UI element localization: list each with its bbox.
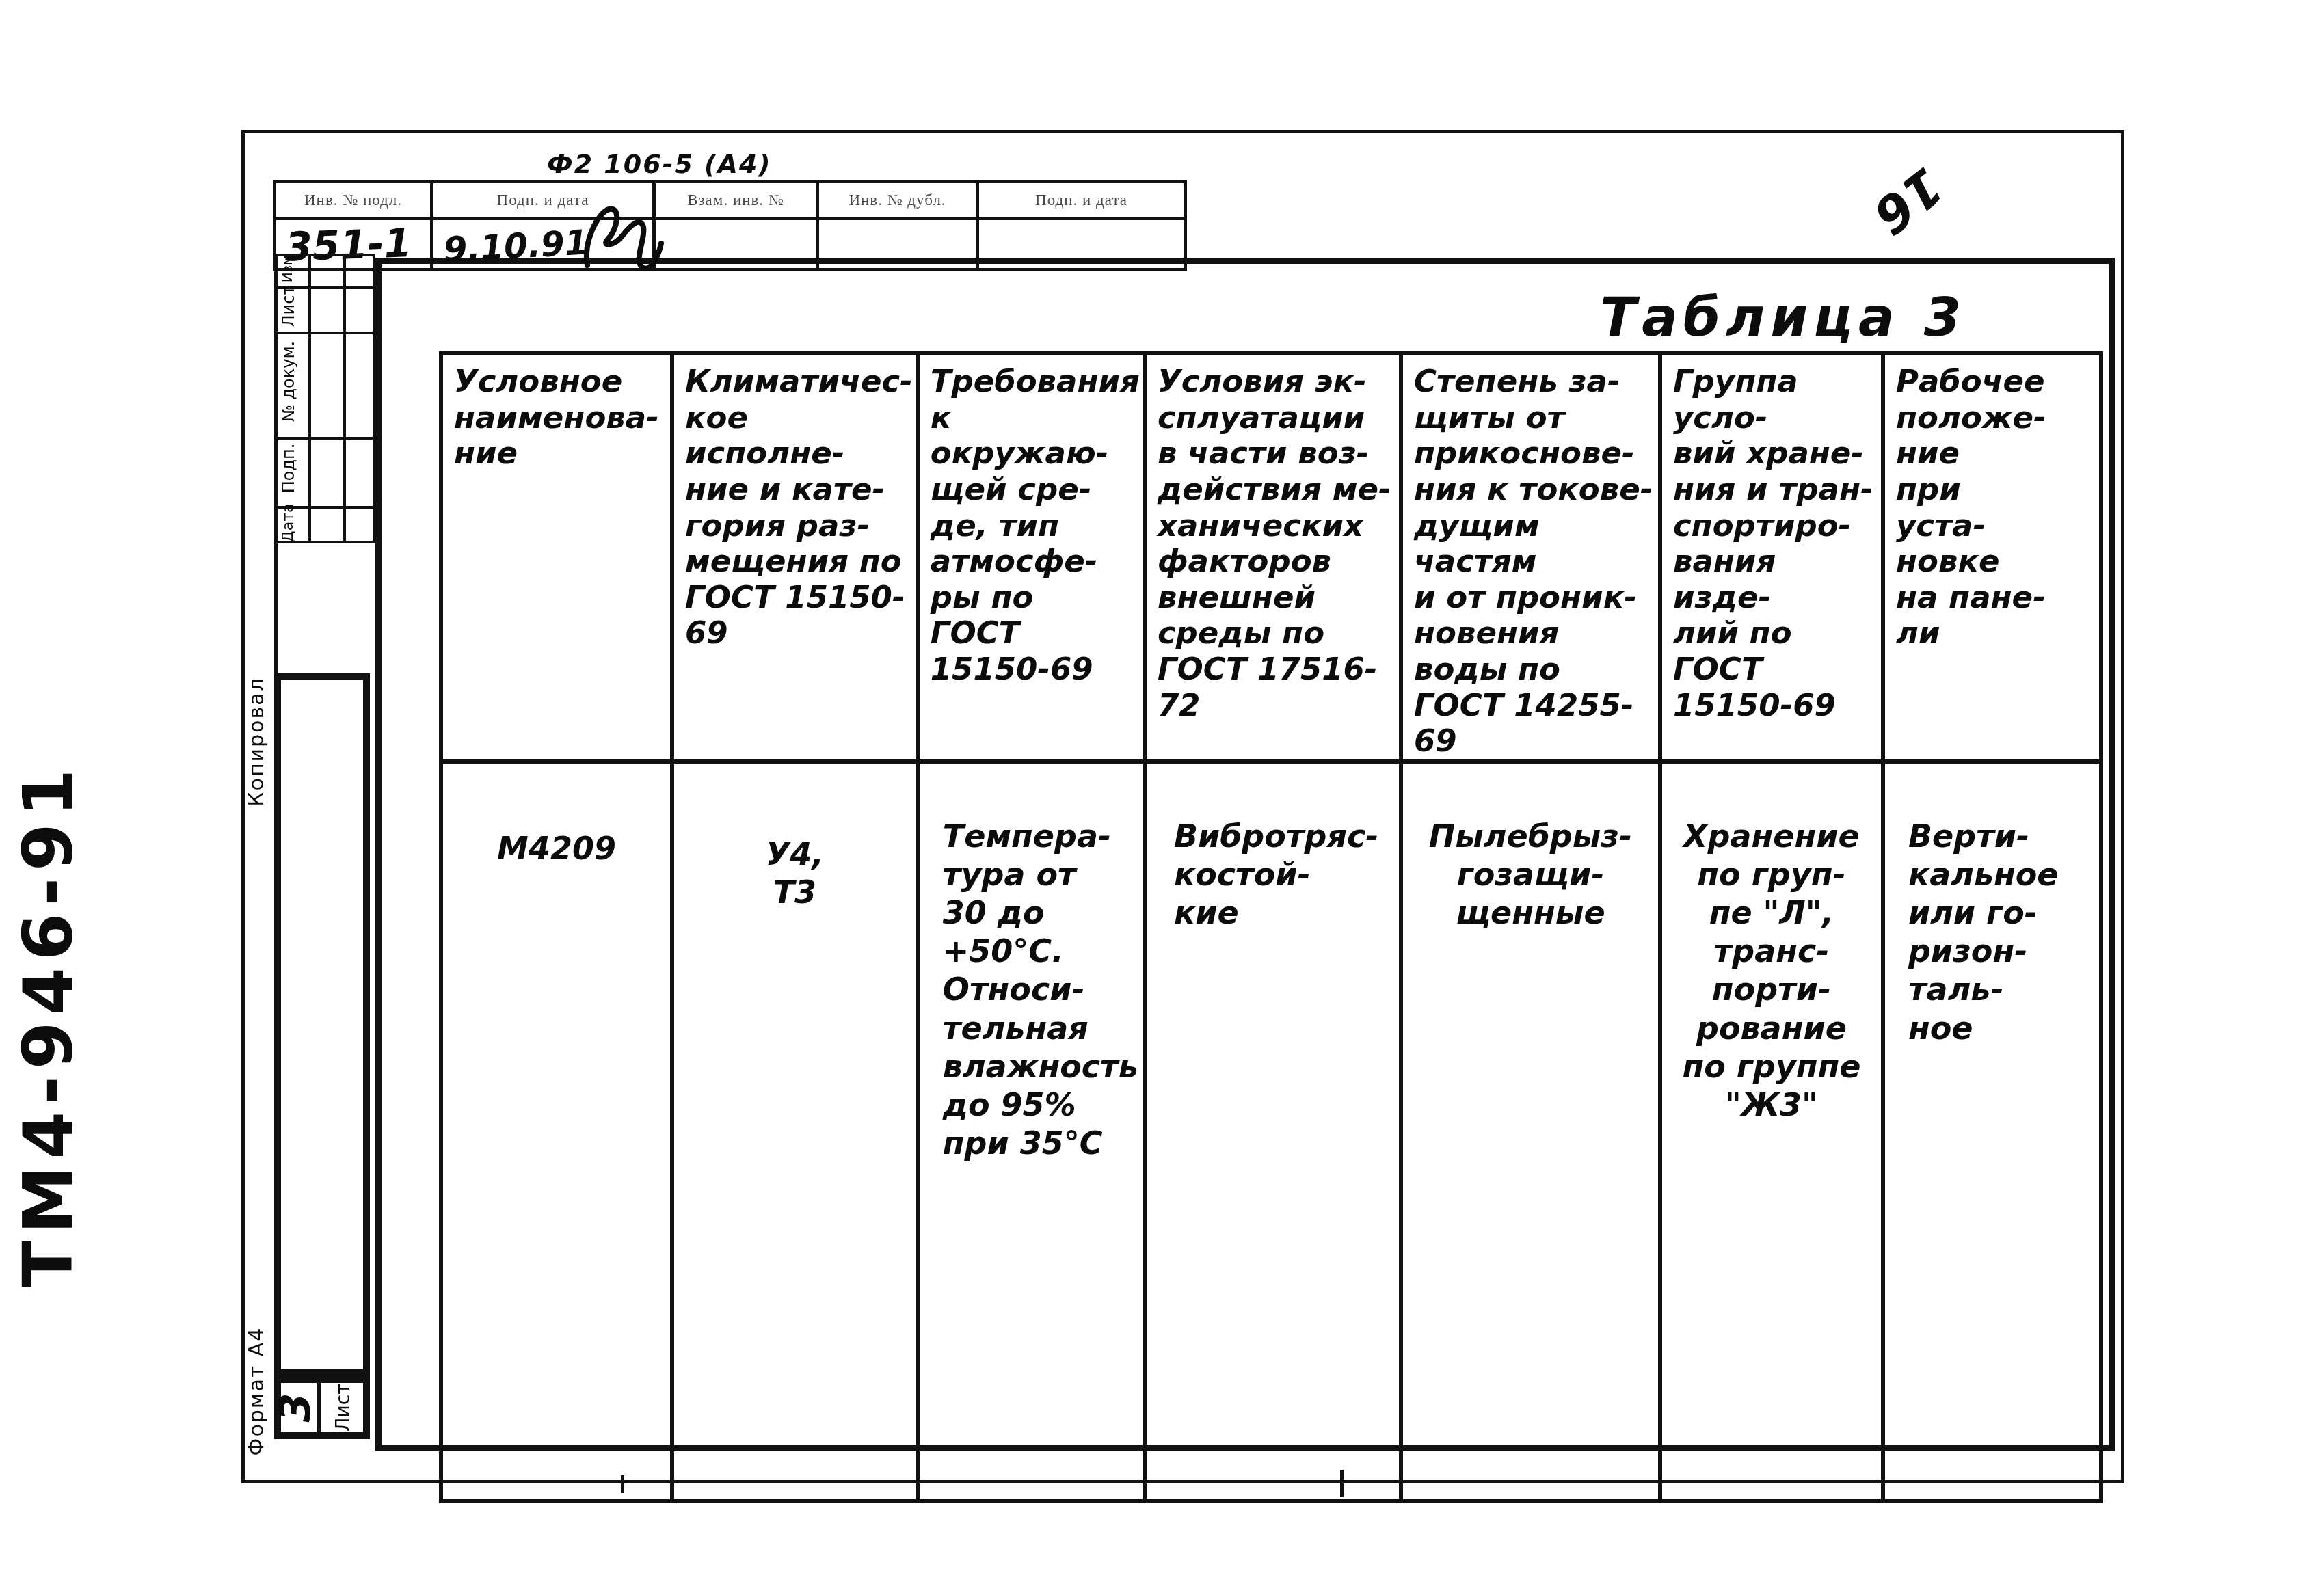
revision-label-list: Лист [280, 284, 299, 329]
stamp-empty-cell [818, 219, 978, 270]
header-conventional-name: Условное наименова- ние [441, 353, 672, 762]
cell-environment-requirements: Темпера- тура от 30 до +50°С. Относи- те… [918, 762, 1145, 1501]
cell-conventional-name: М4209 [441, 762, 672, 1501]
doc-number: ТМ4-946-91 [11, 683, 86, 1367]
stamp-header-row: Инв. № подл. Подп. и дата Взам. инв. № И… [275, 182, 1186, 219]
revision-label-podp: Подп. [280, 434, 299, 502]
doc-number-box [274, 673, 370, 1376]
stamp-header-cell: Подп. и дата [978, 182, 1186, 219]
header-operating-conditions: Условия эк- сплуатации в части воз- дейс… [1145, 353, 1401, 762]
stamp-header-cell: Взам. инв. № [654, 182, 818, 219]
signature-mark [578, 200, 673, 278]
header-climatic-version: Климатичес- кое исполне- ние и кате- гор… [672, 353, 918, 762]
stamp-header-cell: Инв. № дубл. [818, 182, 978, 219]
header-storage-group: Группа усло- вий хране- ния и тран- спор… [1660, 353, 1883, 762]
scanned-document-sheet: Ф2 106-5 (А4) Инв. № подл. Подп. и дата … [0, 0, 2324, 1573]
centering-tick [1340, 1470, 1344, 1497]
stamp-empty-cell [978, 219, 1186, 270]
cell-operating-conditions: Вибротряс- костой- кие [1145, 762, 1401, 1501]
cell-protection-degree: Пылебрыз- гозащи- щенные [1401, 762, 1660, 1501]
copied-by-note: Копировал [245, 639, 272, 844]
sheet-label: Лист [332, 1380, 355, 1435]
inventory-stamp-table: Инв. № подл. Подп. и дата Взам. инв. № И… [273, 180, 1187, 271]
header-protection-degree: Степень за- щиты от прикоснове- ния к то… [1401, 353, 1660, 762]
header-working-position: Рабочее положе- ние при уста- новке на п… [1883, 353, 2101, 762]
stamp-data-row: 351-1 9.10.91 [275, 219, 1186, 270]
cell-climatic-version: У4, Т3 [672, 762, 918, 1501]
centering-tick [621, 1475, 624, 1493]
revision-label-data: Дата [281, 503, 299, 543]
revision-label-izm: Изм [280, 248, 299, 289]
spec-table-data-row: М4209 У4, Т3 Темпера- тура от 30 до +50°… [441, 762, 2101, 1501]
cell-storage-group: Хранение по груп- пе "Л", транс- порти- … [1660, 762, 1883, 1501]
spec-table: Условное наименова- ние Климатичес- кое … [439, 351, 2103, 1503]
format-note: Формат А4 [245, 1289, 272, 1494]
revision-label-docnum: № докум. [280, 330, 299, 433]
cell-working-position: Верти- кальное или го- ризон- таль- ное [1883, 762, 2101, 1501]
revision-block-divider [343, 256, 346, 541]
stamp-header-cell: Инв. № подл. [275, 182, 432, 219]
sheet-number: 3 [273, 1380, 318, 1435]
form-number-label: Ф2 106-5 (А4) [547, 149, 772, 179]
spec-table-header-row: Условное наименова- ние Климатичес- кое … [441, 353, 2101, 762]
header-environment-requirements: Требования к окружаю- щей сре- де, тип а… [918, 353, 1145, 762]
table-title: Таблица 3 [1600, 287, 1966, 349]
stamp-empty-cell [654, 219, 818, 270]
revision-block-divider [308, 256, 311, 541]
